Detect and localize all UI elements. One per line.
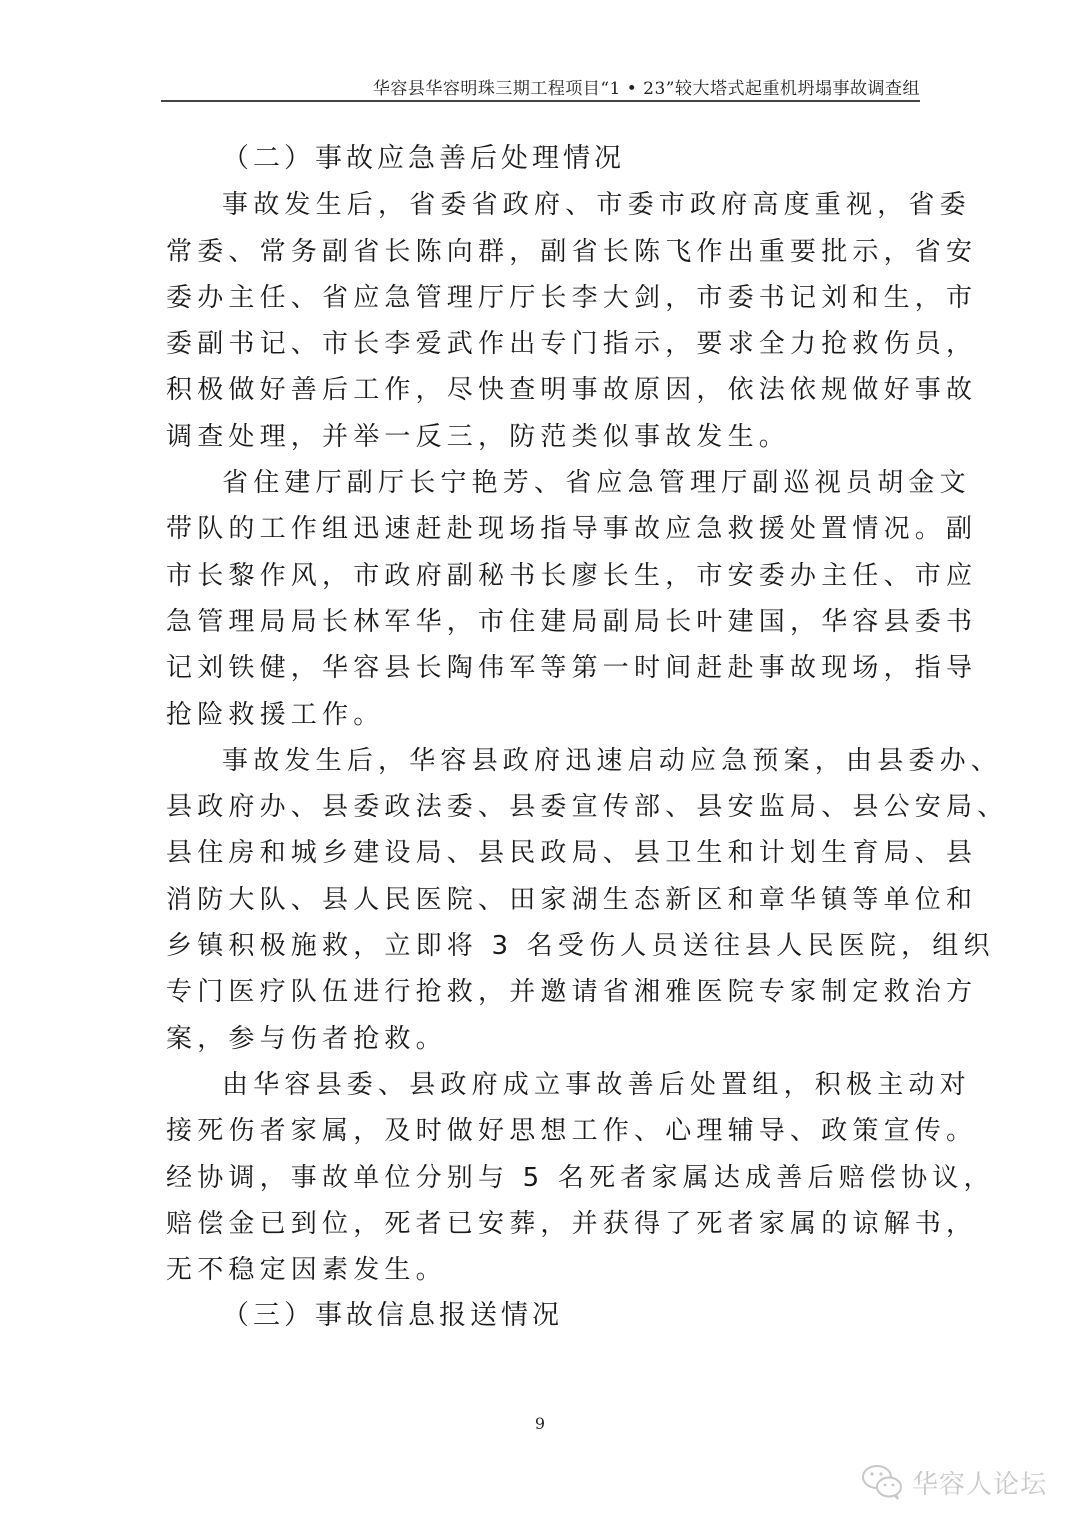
text-line: 接死伤者家属，及时做好思想工作、心理辅导、政策宣传。 xyxy=(166,1108,916,1154)
text-line: 无不稳定因素发生。 xyxy=(166,1247,916,1293)
paragraph-3: 事故发生后，华容县政府迅速启动应急预案，由县委办、 县政府办、县委政法委、县委宣… xyxy=(166,738,916,1062)
text-line: 记刘铁健，华容县长陶伟军等第一时间赶赴事故现场，指导 xyxy=(166,645,916,691)
text-line: 市长黎作风，市政府副秘书长廖长生，市安委办主任、市应 xyxy=(166,553,916,599)
running-header: 华容县华容明珠三期工程项目“1 • 23”较大塔式起重机坍塌事故调查组 xyxy=(161,72,920,102)
text-line: 消防大队、县人民医院、田家湖生态新区和章华镇等单位和 xyxy=(166,877,916,923)
text-line: 乡镇积极施救，立即将 3 名受伤人员送往县人民医院，组织 xyxy=(166,923,916,969)
text-line: 常委、常务副省长陈向群，副省长陈飞作出重要批示，省安 xyxy=(166,229,916,275)
text-line: 经协调，事故单位分别与 5 名死者家属达成善后赔偿协议， xyxy=(166,1155,916,1201)
wechat-icon xyxy=(860,1462,906,1502)
paragraph-4: 由华容县委、县政府成立事故善后处置组，积极主动对 接死伤者家属，及时做好思想工作… xyxy=(166,1062,916,1293)
text-line: 委办主任、省应急管理厅厅长李大剑，市委书记刘和生，市 xyxy=(166,275,916,321)
text-line: 案，参与伤者抢救。 xyxy=(166,1016,916,1062)
text-line: 县住房和城乡建设局、县民政局、县卫生和计划生育局、县 xyxy=(166,830,916,876)
text-line: 抢险救援工作。 xyxy=(166,692,916,738)
text-line: 由华容县委、县政府成立事故善后处置组，积极主动对 xyxy=(166,1062,916,1108)
text-line: 专门医疗队伍进行抢救，并邀请省湘雅医院专家制定救治方 xyxy=(166,969,916,1015)
text-line: 省住建厅副厅长宁艳芳、省应急管理厅副巡视员胡金文 xyxy=(166,460,916,506)
section-heading: （二）事故应急善后处理情况 xyxy=(166,136,916,182)
paragraph-2: 省住建厅副厅长宁艳芳、省应急管理厅副巡视员胡金文 带队的工作组迅速赶赴现场指导事… xyxy=(166,460,916,738)
text-line: 急管理局局长林军华，市住建局副局长叶建国，华容县委书 xyxy=(166,599,916,645)
document-body: （二）事故应急善后处理情况 事故发生后，省委省政府、市委市政府高度重视，省委 常… xyxy=(166,136,916,1340)
text-line: 县政府办、县委政法委、县委宣传部、县安监局、县公安局、 xyxy=(166,784,916,830)
text-line: 事故发生后，华容县政府迅速启动应急预案，由县委办、 xyxy=(166,738,916,784)
page-number: 9 xyxy=(0,1414,1080,1433)
section-heading: （三）事故信息报送情况 xyxy=(166,1293,916,1339)
header-title: 华容县华容明珠三期工程项目“1 • 23”较大塔式起重机坍塌事故调查组 xyxy=(373,74,920,99)
text-line: 调查处理，并举一反三，防范类似事故发生。 xyxy=(166,414,916,460)
watermark: 华容人论坛 xyxy=(860,1462,1047,1502)
text-line: 带队的工作组迅速赶赴现场指导事故应急救援处置情况。副 xyxy=(166,506,916,552)
text-line: 赔偿金已到位，死者已安葬，并获得了死者家属的谅解书， xyxy=(166,1201,916,1247)
text-line: 事故发生后，省委省政府、市委市政府高度重视，省委 xyxy=(166,182,916,228)
watermark-text: 华容人论坛 xyxy=(912,1464,1047,1501)
text-line: 积极做好善后工作，尽快查明事故原因，依法依规做好事故 xyxy=(166,367,916,413)
text-line: 委副书记、市长李爱武作出专门指示，要求全力抢救伤员， xyxy=(166,321,916,367)
paragraph-1: 事故发生后，省委省政府、市委市政府高度重视，省委 常委、常务副省长陈向群，副省长… xyxy=(166,182,916,460)
